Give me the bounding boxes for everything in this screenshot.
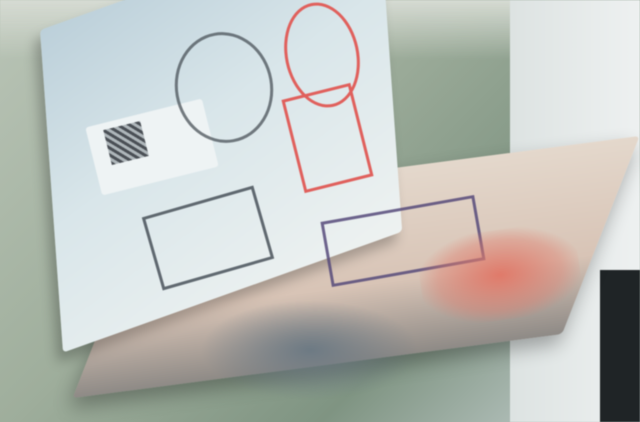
- blurred-foreground: [200, 300, 420, 400]
- background-dark-corner: [600, 270, 640, 422]
- passport-photo: [0, 0, 640, 422]
